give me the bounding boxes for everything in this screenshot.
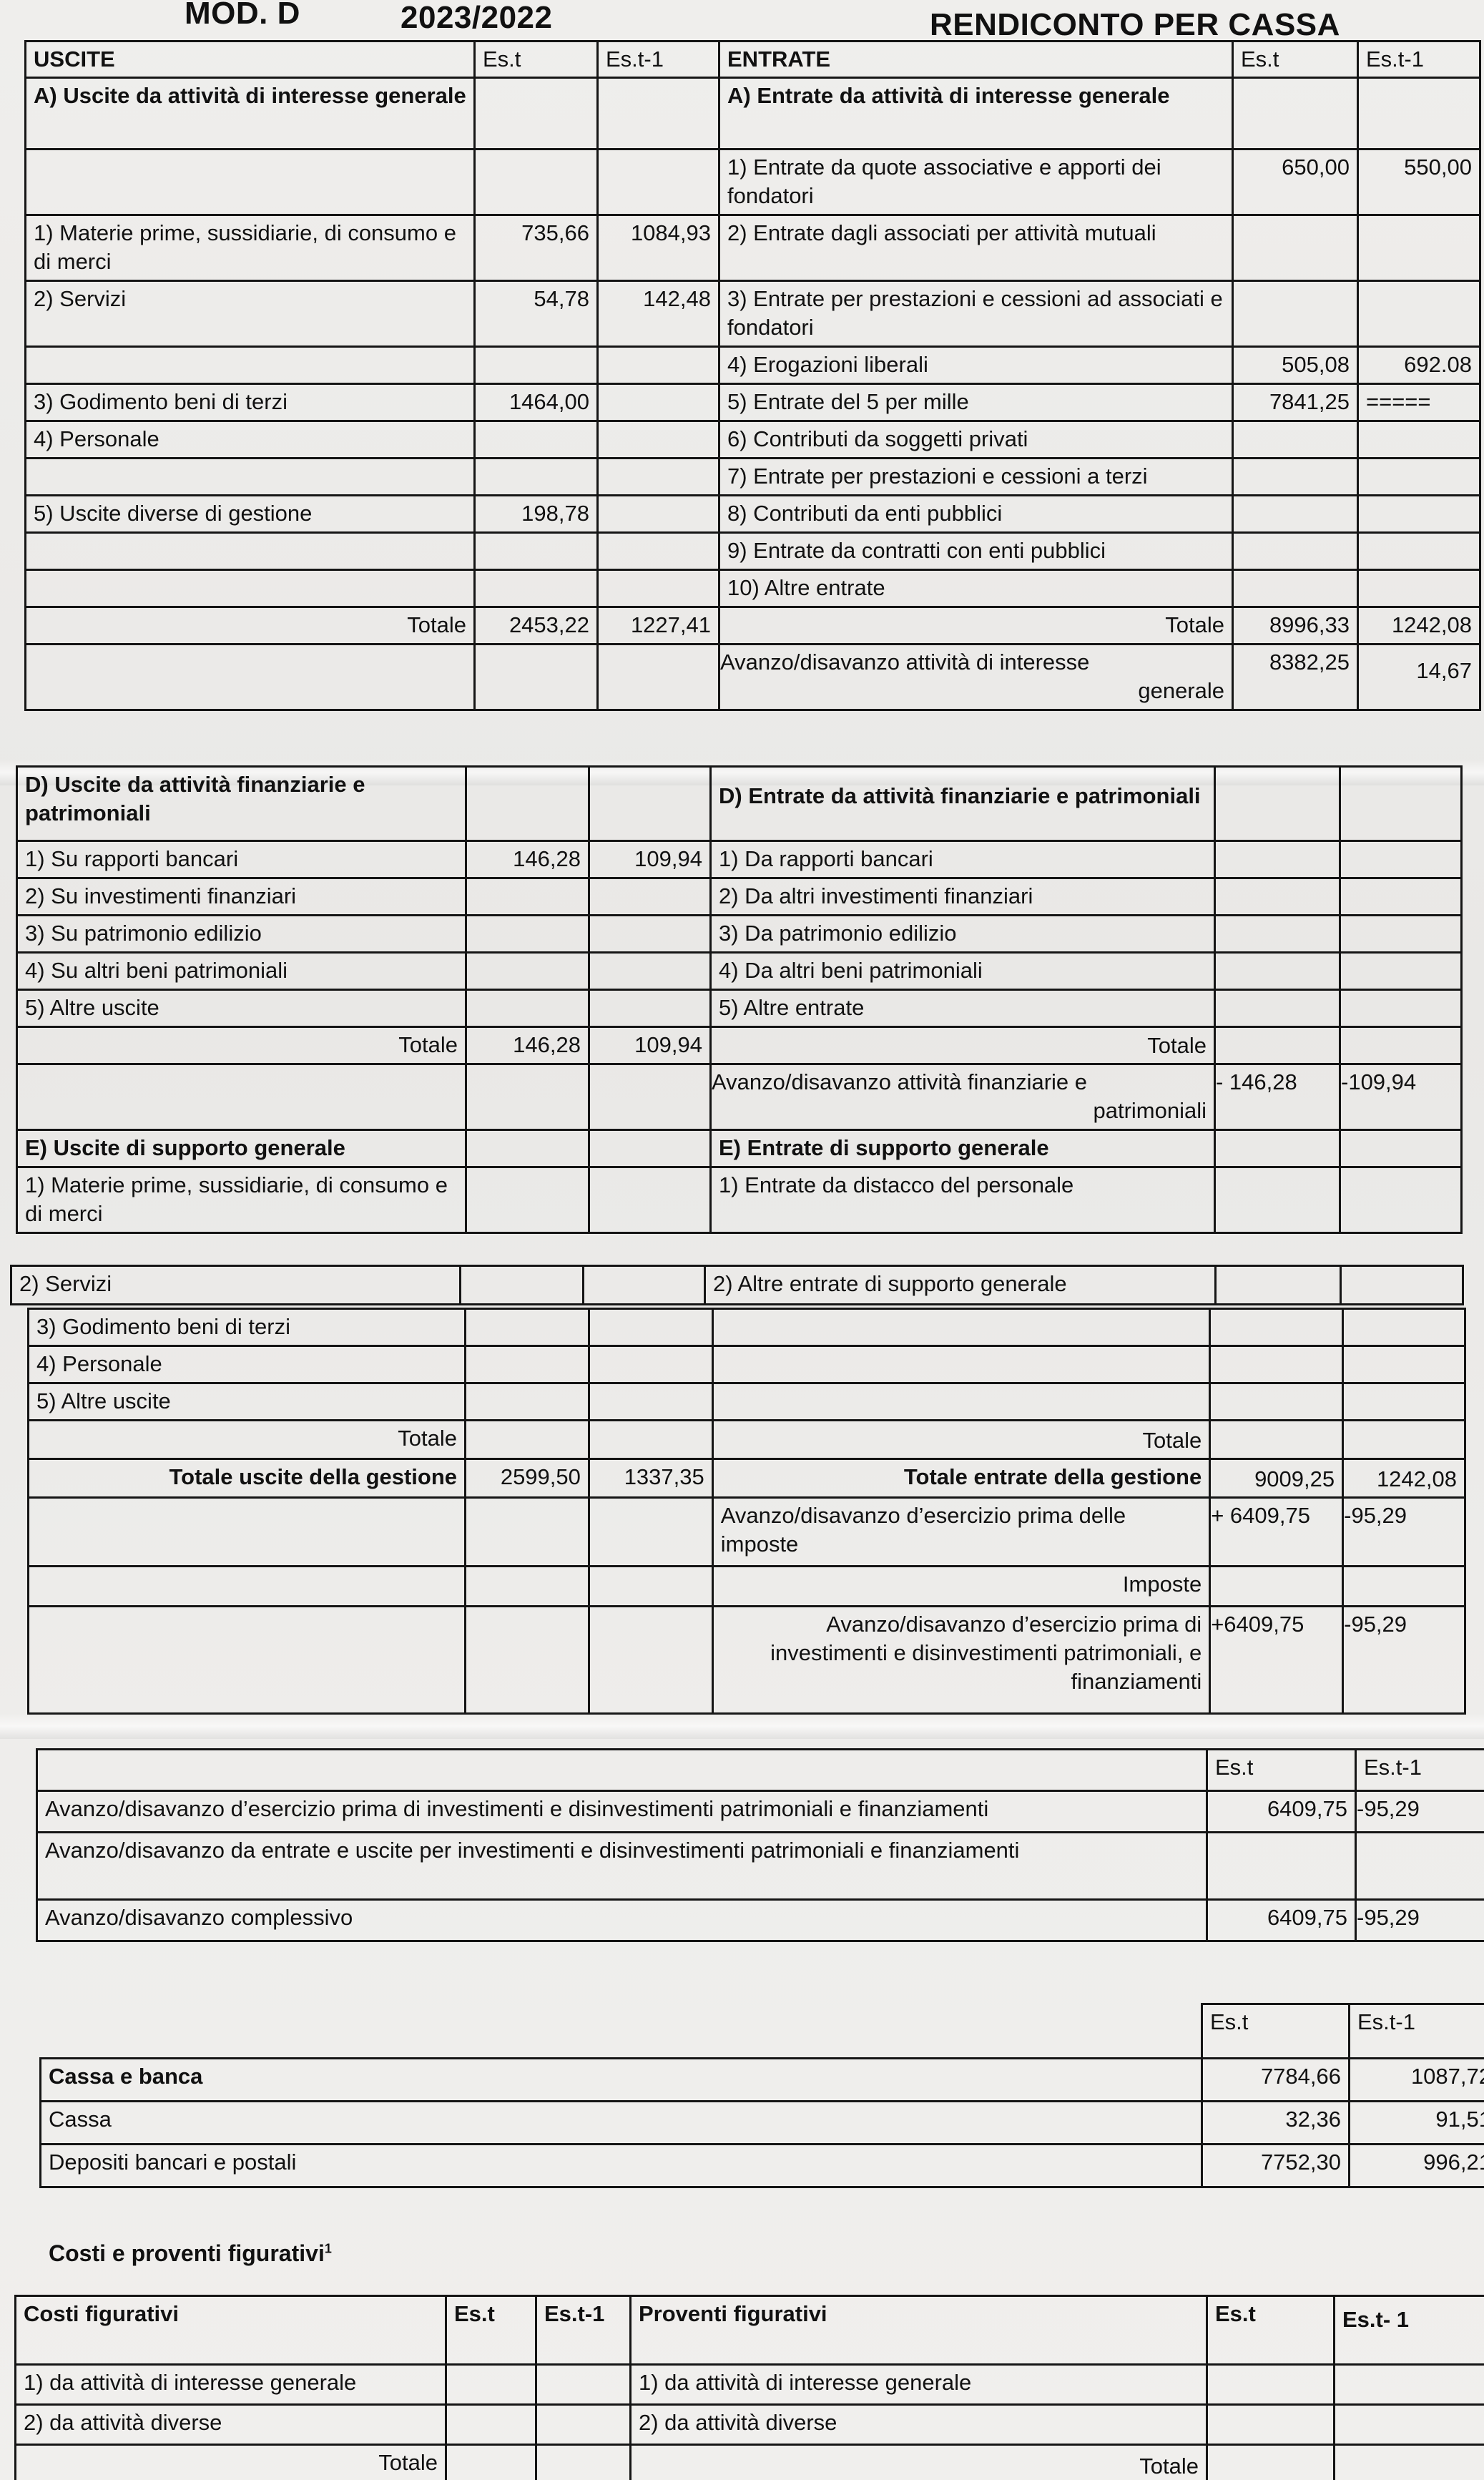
entrate-section-d-title: D) Entrate da attività finanziarie e pat… [711,767,1215,841]
empty-cell [475,644,598,710]
empty-cell [475,533,598,570]
costi-item-2: 2) da attività diverse [16,2405,446,2445]
empty-cell [598,459,719,496]
uscite-section-a-title: A) Uscite da attività di interesse gener… [26,78,475,150]
empty-cell [1358,421,1480,459]
fiscal-years: 2023/2022 [401,0,553,36]
entrate-a-total-label: Totale [719,607,1233,644]
empty-cell [466,1421,589,1459]
empty-cell [1340,878,1462,916]
uscite-totale-gestione-label: Totale uscite della gestione [29,1459,466,1498]
avanzo-prima-investimenti-current: +6409,75 [1210,1607,1343,1714]
cell-value: 735,66 [475,215,598,281]
empty-cell [1215,1130,1340,1167]
empty-cell [1210,1309,1343,1346]
entrate-a-item-3: 3) Entrate per prestazioni e cessioni ad… [719,281,1233,347]
empty-cell [466,1346,589,1383]
empty-cell [37,1750,1207,1791]
empty-cell [1343,1383,1465,1421]
uscite-totale-gestione-current: 2599,50 [466,1459,589,1498]
empty-cell [536,2445,631,2480]
empty-cell [1340,990,1462,1027]
col-header-current: Es.t [1207,1750,1356,1791]
empty-cell [1343,1346,1465,1383]
uscite-a-item-4: 4) Personale [26,421,475,459]
uscite-e-item-2: 2) Servizi [11,1266,461,1305]
entrate-a-item-1: 1) Entrate da quote associative e apport… [719,150,1233,215]
empty-cell [1207,2365,1335,2405]
empty-cell [1343,1421,1465,1459]
col-header-previous: Es.t-1 [1358,41,1480,78]
entrate-d-avanzo-previous: -109,94 [1340,1064,1462,1130]
uscite-e-item-1: 1) Materie prime, sussidiarie, di consum… [17,1167,466,1233]
uscite-a-item-1: 1) Materie prime, sussidiarie, di consum… [26,215,475,281]
entrate-a-item-6: 6) Contributi da soggetti privati [719,421,1233,459]
empty-cell [589,1607,712,1714]
cell-value [598,384,719,421]
uscite-d-item-3: 3) Su patrimonio edilizio [17,916,466,953]
empty-cell [1215,841,1340,878]
empty-cell [598,570,719,607]
empty-cell [41,2004,1202,2059]
cell-value: 550,00 [1358,150,1480,215]
empty-cell [26,347,475,384]
col-header-current: Es.t [446,2296,536,2365]
empty-cell [466,1167,589,1233]
empty-cell [466,916,589,953]
empty-cell [1358,281,1480,347]
empty-cell [466,1309,589,1346]
avanzo-prima-imposte-current: + 6409,75 [1210,1498,1343,1567]
costi-item-1: 1) da attività di interesse generale [16,2365,446,2405]
empty-cell [1340,953,1462,990]
uscite-d-total-label: Totale [17,1027,466,1064]
uscite-e-total-label: Totale [29,1421,466,1459]
cassa-row-3-current: 7752,30 [1202,2145,1350,2187]
empty-cell [466,1567,589,1607]
empty-cell [1340,1167,1462,1233]
empty-cell [475,570,598,607]
empty-cell [475,421,598,459]
avanzo-prima-imposte-label: Avanzo/disavanzo d’esercizio prima delle… [712,1498,1209,1567]
empty-cell [1341,1266,1463,1305]
entrate-d-item-5: 5) Altre entrate [711,990,1215,1027]
entrate-d-item-3: 3) Da patrimonio edilizio [711,916,1215,953]
proventi-total-label: Totale [631,2445,1207,2480]
empty-cell [1335,2445,1484,2480]
empty-cell [1210,1421,1343,1459]
empty-cell [461,1266,584,1305]
empty-cell [589,990,711,1027]
col-header-current: Es.t [1202,2004,1350,2059]
empty-cell [1335,2365,1484,2405]
empty-cell [1215,1027,1340,1064]
avanzo-label-line2: generale [720,677,1224,705]
empty-cell [589,1130,711,1167]
empty-cell [1340,1130,1462,1167]
empty-cell [589,767,711,841]
empty-cell [1340,841,1462,878]
uscite-d-item-4: 4) Su altri beni patrimoniali [17,953,466,990]
model-label: MOD. D [185,0,300,31]
avanzo-label-line2: patrimoniali [712,1097,1207,1125]
riepilogo-row-3-previous: -95,29 [1356,1900,1484,1941]
uscite-totale-gestione-previous: 1337,35 [589,1459,712,1498]
empty-cell [1210,1346,1343,1383]
empty-cell [589,1309,712,1346]
uscite-e-item-3: 3) Godimento beni di terzi [29,1309,466,1346]
empty-cell [589,1167,711,1233]
empty-cell [589,1498,712,1567]
empty-cell [598,347,719,384]
empty-cell [1233,496,1358,533]
riepilogo-row-3-label: Avanzo/disavanzo complessivo [37,1900,1207,1941]
uscite-d-item-2: 2) Su investimenti finanziari [17,878,466,916]
entrate-a-item-8: 8) Contributi da enti pubblici [719,496,1233,533]
uscite-e-item-4: 4) Personale [29,1346,466,1383]
empty-cell [475,78,598,150]
entrate-a-avanzo-previous: 14,67 [1358,644,1480,710]
empty-cell [1215,1167,1340,1233]
riepilogo-row-3-current: 6409,75 [1207,1900,1356,1941]
figurativi-title: Costi e proventi figurativi1 [49,2240,332,2267]
empty-cell [589,878,711,916]
empty-cell [1340,1027,1462,1064]
empty-cell [1233,215,1358,281]
figurativi-table: Costi figurativi Es.t Es.t-1 Proventi fi… [14,2295,1484,2480]
empty-cell [712,1383,1209,1421]
empty-cell [29,1607,466,1714]
empty-cell [1215,990,1340,1027]
entrate-a-item-5: 5) Entrate del 5 per mille [719,384,1233,421]
uscite-d-item-1: 1) Su rapporti bancari [17,841,466,878]
cell-value: 1464,00 [475,384,598,421]
entrate-a-item-10: 10) Altre entrate [719,570,1233,607]
empty-cell [1233,459,1358,496]
uscite-section-e-title: E) Uscite di supporto generale [17,1130,466,1167]
uscite-heading: USCITE [26,41,475,78]
empty-cell [466,953,589,990]
empty-cell [1356,1833,1484,1900]
empty-cell [536,2405,631,2445]
empty-cell [26,459,475,496]
cassa-row-1-current: 7784,66 [1202,2059,1350,2102]
avanzo-label-line1: Avanzo/disavanzo attività di interesse [720,648,1224,677]
entrate-section-e-title: E) Entrate di supporto generale [711,1130,1215,1167]
empty-cell [589,1064,711,1130]
entrate-a-item-2: 2) Entrate dagli associati per attività … [719,215,1233,281]
cell-value: 142,48 [598,281,719,347]
empty-cell [446,2405,536,2445]
empty-cell [1358,459,1480,496]
rendiconto-table-e-strip: 2) Servizi 2) Altre entrate di supporto … [10,1265,1464,1305]
entrate-a-item-7: 7) Entrate per prestazioni e cessioni a … [719,459,1233,496]
entrate-e-total-label: Totale [712,1421,1209,1459]
col-header-previous: Es.t-1 [1350,2004,1484,2059]
col-header-current: Es.t [1207,2296,1335,2365]
costi-figurativi-heading: Costi figurativi [16,2296,446,2365]
rendiconto-table-d: D) Uscite da attività finanziarie e patr… [16,765,1463,1234]
entrate-totale-gestione-current: 9009,25 [1210,1459,1343,1498]
empty-cell [1340,767,1462,841]
uscite-d-total-previous: 109,94 [589,1027,711,1064]
empty-cell [1233,281,1358,347]
empty-cell [1215,878,1340,916]
uscite-d-item-5: 5) Altre uscite [17,990,466,1027]
empty-cell [589,1346,712,1383]
empty-cell [466,1607,589,1714]
cell-value: 505,08 [1233,347,1358,384]
entrate-a-item-4: 4) Erogazioni liberali [719,347,1233,384]
empty-cell [1215,953,1340,990]
cell-value: 198,78 [475,496,598,533]
empty-cell [598,533,719,570]
empty-cell [466,767,589,841]
entrate-e-item-2: 2) Altre entrate di supporto generale [705,1266,1216,1305]
cassa-row-2-previous: 91,51 [1350,2102,1484,2145]
empty-cell [1207,2405,1335,2445]
empty-cell [1233,421,1358,459]
empty-cell [598,496,719,533]
empty-cell [1343,1309,1465,1346]
cell-value: 650,00 [1233,150,1358,215]
proventi-item-2: 2) da attività diverse [631,2405,1207,2445]
entrate-a-total-current: 8996,33 [1233,607,1358,644]
imposte-label: Imposte [712,1567,1209,1607]
empty-cell [598,150,719,215]
empty-cell [1340,916,1462,953]
cell-value: 109,94 [589,841,711,878]
empty-cell [26,644,475,710]
entrate-a-item-9: 9) Entrate da contratti con enti pubblic… [719,533,1233,570]
riepilogo-row-1-label: Avanzo/disavanzo d’esercizio prima di in… [37,1791,1207,1833]
empty-cell [584,1266,705,1305]
empty-cell [29,1498,466,1567]
empty-cell [26,150,475,215]
col-header-previous: Es.t- 1 [1335,2296,1484,2365]
costi-total-label: Totale [16,2445,446,2480]
uscite-d-total-current: 146,28 [466,1027,589,1064]
entrate-heading: ENTRATE [719,41,1233,78]
empty-cell [536,2365,631,2405]
cell-value: 1084,93 [598,215,719,281]
empty-cell [17,1064,466,1130]
rendiconto-table-a: USCITE Es.t Es.t-1 ENTRATE Es.t Es.t-1 A… [24,40,1481,711]
cassa-row-3-previous: 996,21 [1350,2145,1484,2187]
empty-cell [466,1498,589,1567]
empty-cell [475,347,598,384]
document-title: RENDICONTO PER CASSA [930,7,1340,43]
empty-cell [1358,78,1480,150]
cell-value: 146,28 [466,841,589,878]
empty-cell [475,150,598,215]
empty-cell [1358,496,1480,533]
entrate-d-item-1: 1) Da rapporti bancari [711,841,1215,878]
proventi-item-1: 1) da attività di interesse generale [631,2365,1207,2405]
cassa-row-2-current: 32,36 [1202,2102,1350,2145]
cassa-row-1-label: Cassa e banca [41,2059,1202,2102]
avanzo-prima-investimenti-previous: -95,29 [1343,1607,1465,1714]
empty-cell [1210,1567,1343,1607]
empty-cell [466,1130,589,1167]
cassa-row-1-previous: 1087,72 [1350,2059,1484,2102]
col-header-previous: Es.t-1 [598,41,719,78]
cassa-row-3-label: Depositi bancari e postali [41,2145,1202,2187]
entrate-a-total-previous: 1242,08 [1358,607,1480,644]
empty-cell [589,1567,712,1607]
riepilogo-row-2-label: Avanzo/disavanzo da entrate e uscite per… [37,1833,1207,1900]
entrate-totale-gestione-previous: 1242,08 [1343,1459,1465,1498]
empty-cell [466,878,589,916]
entrate-d-avanzo: Avanzo/disavanzo attività finanziarie e … [711,1064,1215,1130]
entrate-d-item-2: 2) Da altri investimenti finanziari [711,878,1215,916]
uscite-a-item-2: 2) Servizi [26,281,475,347]
cell-value: 7841,25 [1233,384,1358,421]
cassa-table: Es.t Es.t-1 Cassa e banca 7784,66 1087,7… [39,2003,1484,2188]
cell-value: 692.08 [1358,347,1480,384]
empty-cell [1215,916,1340,953]
empty-cell [712,1346,1209,1383]
empty-cell [1358,215,1480,281]
empty-cell [475,459,598,496]
riepilogo-row-1-current: 6409,75 [1207,1791,1356,1833]
entrate-e-item-1: 1) Entrate da distacco del personale [711,1167,1215,1233]
uscite-a-total-current: 2453,22 [475,607,598,644]
empty-cell [598,644,719,710]
empty-cell [589,916,711,953]
empty-cell [589,1383,712,1421]
entrate-a-avanzo-current: 8382,25 [1233,644,1358,710]
empty-cell [446,2445,536,2480]
empty-cell [1233,78,1358,150]
empty-cell [1207,1833,1356,1900]
entrate-d-total-label: Totale [711,1027,1215,1064]
col-header-previous: Es.t-1 [536,2296,631,2365]
uscite-a-item-5: 5) Uscite diverse di gestione [26,496,475,533]
col-header-current: Es.t [1233,41,1358,78]
uscite-section-d-title: D) Uscite da attività finanziarie e patr… [17,767,466,841]
entrate-d-item-4: 4) Da altri beni patrimoniali [711,953,1215,990]
uscite-e-item-5: 5) Altre uscite [29,1383,466,1421]
empty-cell [589,953,711,990]
empty-cell [466,1064,589,1130]
col-header-previous: Es.t-1 [1356,1750,1484,1791]
avanzo-label-line1: Avanzo/disavanzo attività finanziarie e [712,1068,1207,1097]
cassa-row-2-label: Cassa [41,2102,1202,2145]
footnote-mark: 1 [325,2241,332,2255]
cell-value: 54,78 [475,281,598,347]
entrate-d-avanzo-current: - 146,28 [1215,1064,1340,1130]
empty-cell [1215,767,1340,841]
empty-cell [1233,533,1358,570]
uscite-a-total-label: Totale [26,607,475,644]
empty-cell [26,533,475,570]
empty-cell [598,421,719,459]
figurativi-title-text: Costi e proventi figurativi [49,2240,325,2266]
empty-cell [1216,1266,1341,1305]
riepilogo-row-1-previous: -95,29 [1356,1791,1484,1833]
entrate-totale-gestione-label: Totale entrate della gestione [712,1459,1209,1498]
avanzo-prima-investimenti-label: Avanzo/disavanzo d’esercizio prima di in… [712,1607,1209,1714]
empty-cell [466,990,589,1027]
empty-cell [589,1421,712,1459]
rendiconto-table-e: 3) Godimento beni di terzi 4) Personale … [27,1308,1466,1715]
empty-cell [1210,1383,1343,1421]
empty-cell [1343,1567,1465,1607]
empty-cell [712,1309,1209,1346]
empty-cell [1358,533,1480,570]
empty-cell [1335,2405,1484,2445]
empty-cell [29,1567,466,1607]
empty-cell [26,570,475,607]
empty-cell [598,78,719,150]
uscite-a-total-previous: 1227,41 [598,607,719,644]
proventi-figurativi-heading: Proventi figurativi [631,2296,1207,2365]
cell-value: ===== [1358,384,1480,421]
empty-cell [1207,2445,1335,2480]
entrate-a-avanzo: Avanzo/disavanzo attività di interesse g… [719,644,1233,710]
avanzo-prima-imposte-previous: -95,29 [1343,1498,1465,1567]
empty-cell [446,2365,536,2405]
uscite-a-item-3: 3) Godimento beni di terzi [26,384,475,421]
col-header-current: Es.t [475,41,598,78]
riepilogo-table: Es.t Es.t-1 Avanzo/disavanzo d’esercizio… [36,1748,1484,1942]
empty-cell [1358,570,1480,607]
empty-cell [1233,570,1358,607]
entrate-section-a-title: A) Entrate da attività di interesse gene… [719,78,1233,150]
empty-cell [466,1383,589,1421]
